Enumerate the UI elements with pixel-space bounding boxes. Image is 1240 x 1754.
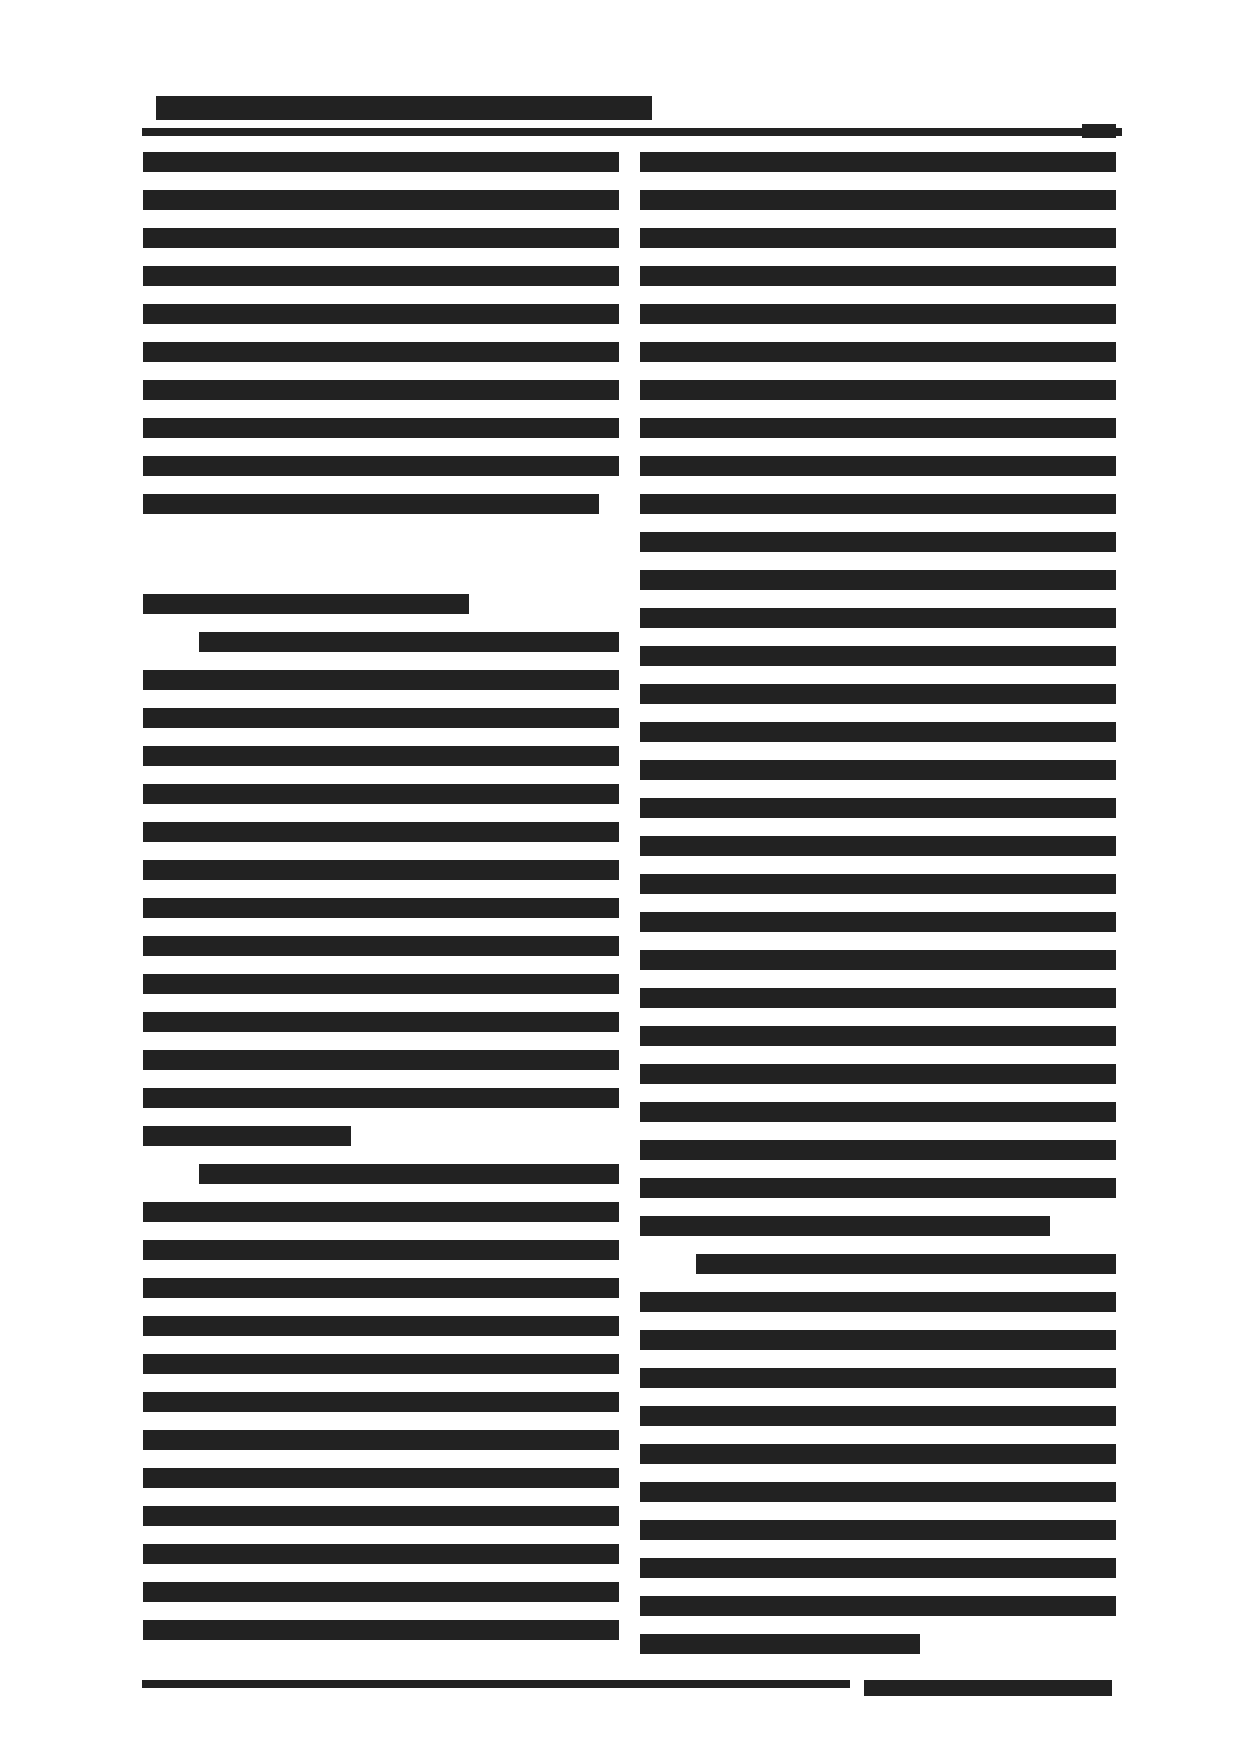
- redacted-text-line: [640, 1216, 1050, 1236]
- redacted-text-line: [143, 380, 619, 400]
- redacted-text-line: [696, 1254, 1116, 1274]
- redacted-text-line: [143, 670, 619, 690]
- redacted-text-line: [640, 1292, 1116, 1312]
- redacted-text-line: [143, 1316, 619, 1336]
- redacted-text-line: [640, 950, 1116, 970]
- redacted-text-line: [143, 1202, 619, 1222]
- redacted-text-line: [199, 632, 619, 652]
- redacted-text-line: [143, 1354, 619, 1374]
- redacted-text-line: [640, 304, 1116, 324]
- redacted-text-line: [143, 746, 619, 766]
- redacted-text-line: [143, 1278, 619, 1298]
- redacted-text-line: [640, 1368, 1116, 1388]
- page-number-redacted: [1082, 124, 1116, 138]
- redacted-text-line: [640, 1558, 1116, 1578]
- redacted-text-line: [640, 836, 1116, 856]
- redacted-text-line: [143, 784, 619, 804]
- redacted-text-line: [143, 822, 619, 842]
- redacted-text-line: [143, 1468, 619, 1488]
- redacted-text-line: [640, 1406, 1116, 1426]
- redacted-text-line: [640, 1102, 1116, 1122]
- redacted-text-line: [640, 494, 1116, 514]
- redacted-text-line: [640, 1178, 1116, 1198]
- redacted-text-line: [640, 608, 1116, 628]
- redacted-text-line: [640, 684, 1116, 704]
- redacted-text-line: [143, 594, 469, 614]
- redacted-text-line: [640, 1026, 1116, 1046]
- redacted-text-line: [143, 304, 619, 324]
- header-rule: [142, 128, 1122, 136]
- redacted-text-line: [143, 1050, 619, 1070]
- redacted-text-line: [143, 228, 619, 248]
- redacted-text-line: [143, 342, 619, 362]
- redacted-text-line: [640, 988, 1116, 1008]
- redacted-text-line: [640, 1596, 1116, 1616]
- redacted-text-line: [143, 1392, 619, 1412]
- redacted-text-line: [640, 722, 1116, 742]
- redacted-text-line: [640, 760, 1116, 780]
- redacted-text-line: [640, 456, 1116, 476]
- redacted-text-line: [143, 1620, 619, 1640]
- redacted-text-line: [143, 266, 619, 286]
- redacted-text-line: [143, 1126, 351, 1146]
- redacted-text-line: [143, 418, 619, 438]
- redacted-text-line: [143, 974, 619, 994]
- redacted-text-line: [143, 860, 619, 880]
- redacted-text-line: [640, 342, 1116, 362]
- redacted-text-line: [640, 418, 1116, 438]
- redacted-text-line: [143, 1506, 619, 1526]
- redacted-text-line: [640, 570, 1116, 590]
- redacted-text-line: [640, 190, 1116, 210]
- redacted-text-line: [640, 874, 1116, 894]
- redacted-text-line: [143, 708, 619, 728]
- redacted-text-line: [640, 1064, 1116, 1084]
- redacted-text-line: [640, 1520, 1116, 1540]
- redacted-text-line: [640, 1444, 1116, 1464]
- redacted-text-line: [640, 266, 1116, 286]
- redacted-text-line: [640, 1330, 1116, 1350]
- redacted-text-line: [640, 646, 1116, 666]
- footer-rule: [142, 1680, 850, 1688]
- redacted-text-line: [143, 1544, 619, 1564]
- redacted-text-line: [143, 936, 619, 956]
- redacted-text-line: [143, 456, 619, 476]
- page: [0, 0, 1240, 1754]
- redacted-text-line: [640, 912, 1116, 932]
- redacted-text-line: [640, 380, 1116, 400]
- header-title-redacted: [156, 96, 652, 120]
- redacted-text-line: [640, 1634, 920, 1654]
- redacted-text-line: [640, 152, 1116, 172]
- redacted-text-line: [143, 1430, 619, 1450]
- redacted-text-line: [143, 1240, 619, 1260]
- redacted-text-line: [199, 1164, 619, 1184]
- redacted-text-line: [640, 1140, 1116, 1160]
- redacted-text-line: [143, 1012, 619, 1032]
- redacted-text-line: [143, 152, 619, 172]
- redacted-text-line: [143, 898, 619, 918]
- redacted-text-line: [143, 1088, 619, 1108]
- redacted-text-line: [640, 532, 1116, 552]
- redacted-text-line: [143, 1582, 619, 1602]
- redacted-text-line: [143, 190, 619, 210]
- redacted-text-line: [640, 228, 1116, 248]
- redacted-text-line: [143, 494, 599, 514]
- footer-label-redacted: [864, 1680, 1112, 1696]
- redacted-text-line: [640, 1482, 1116, 1502]
- redacted-text-line: [640, 798, 1116, 818]
